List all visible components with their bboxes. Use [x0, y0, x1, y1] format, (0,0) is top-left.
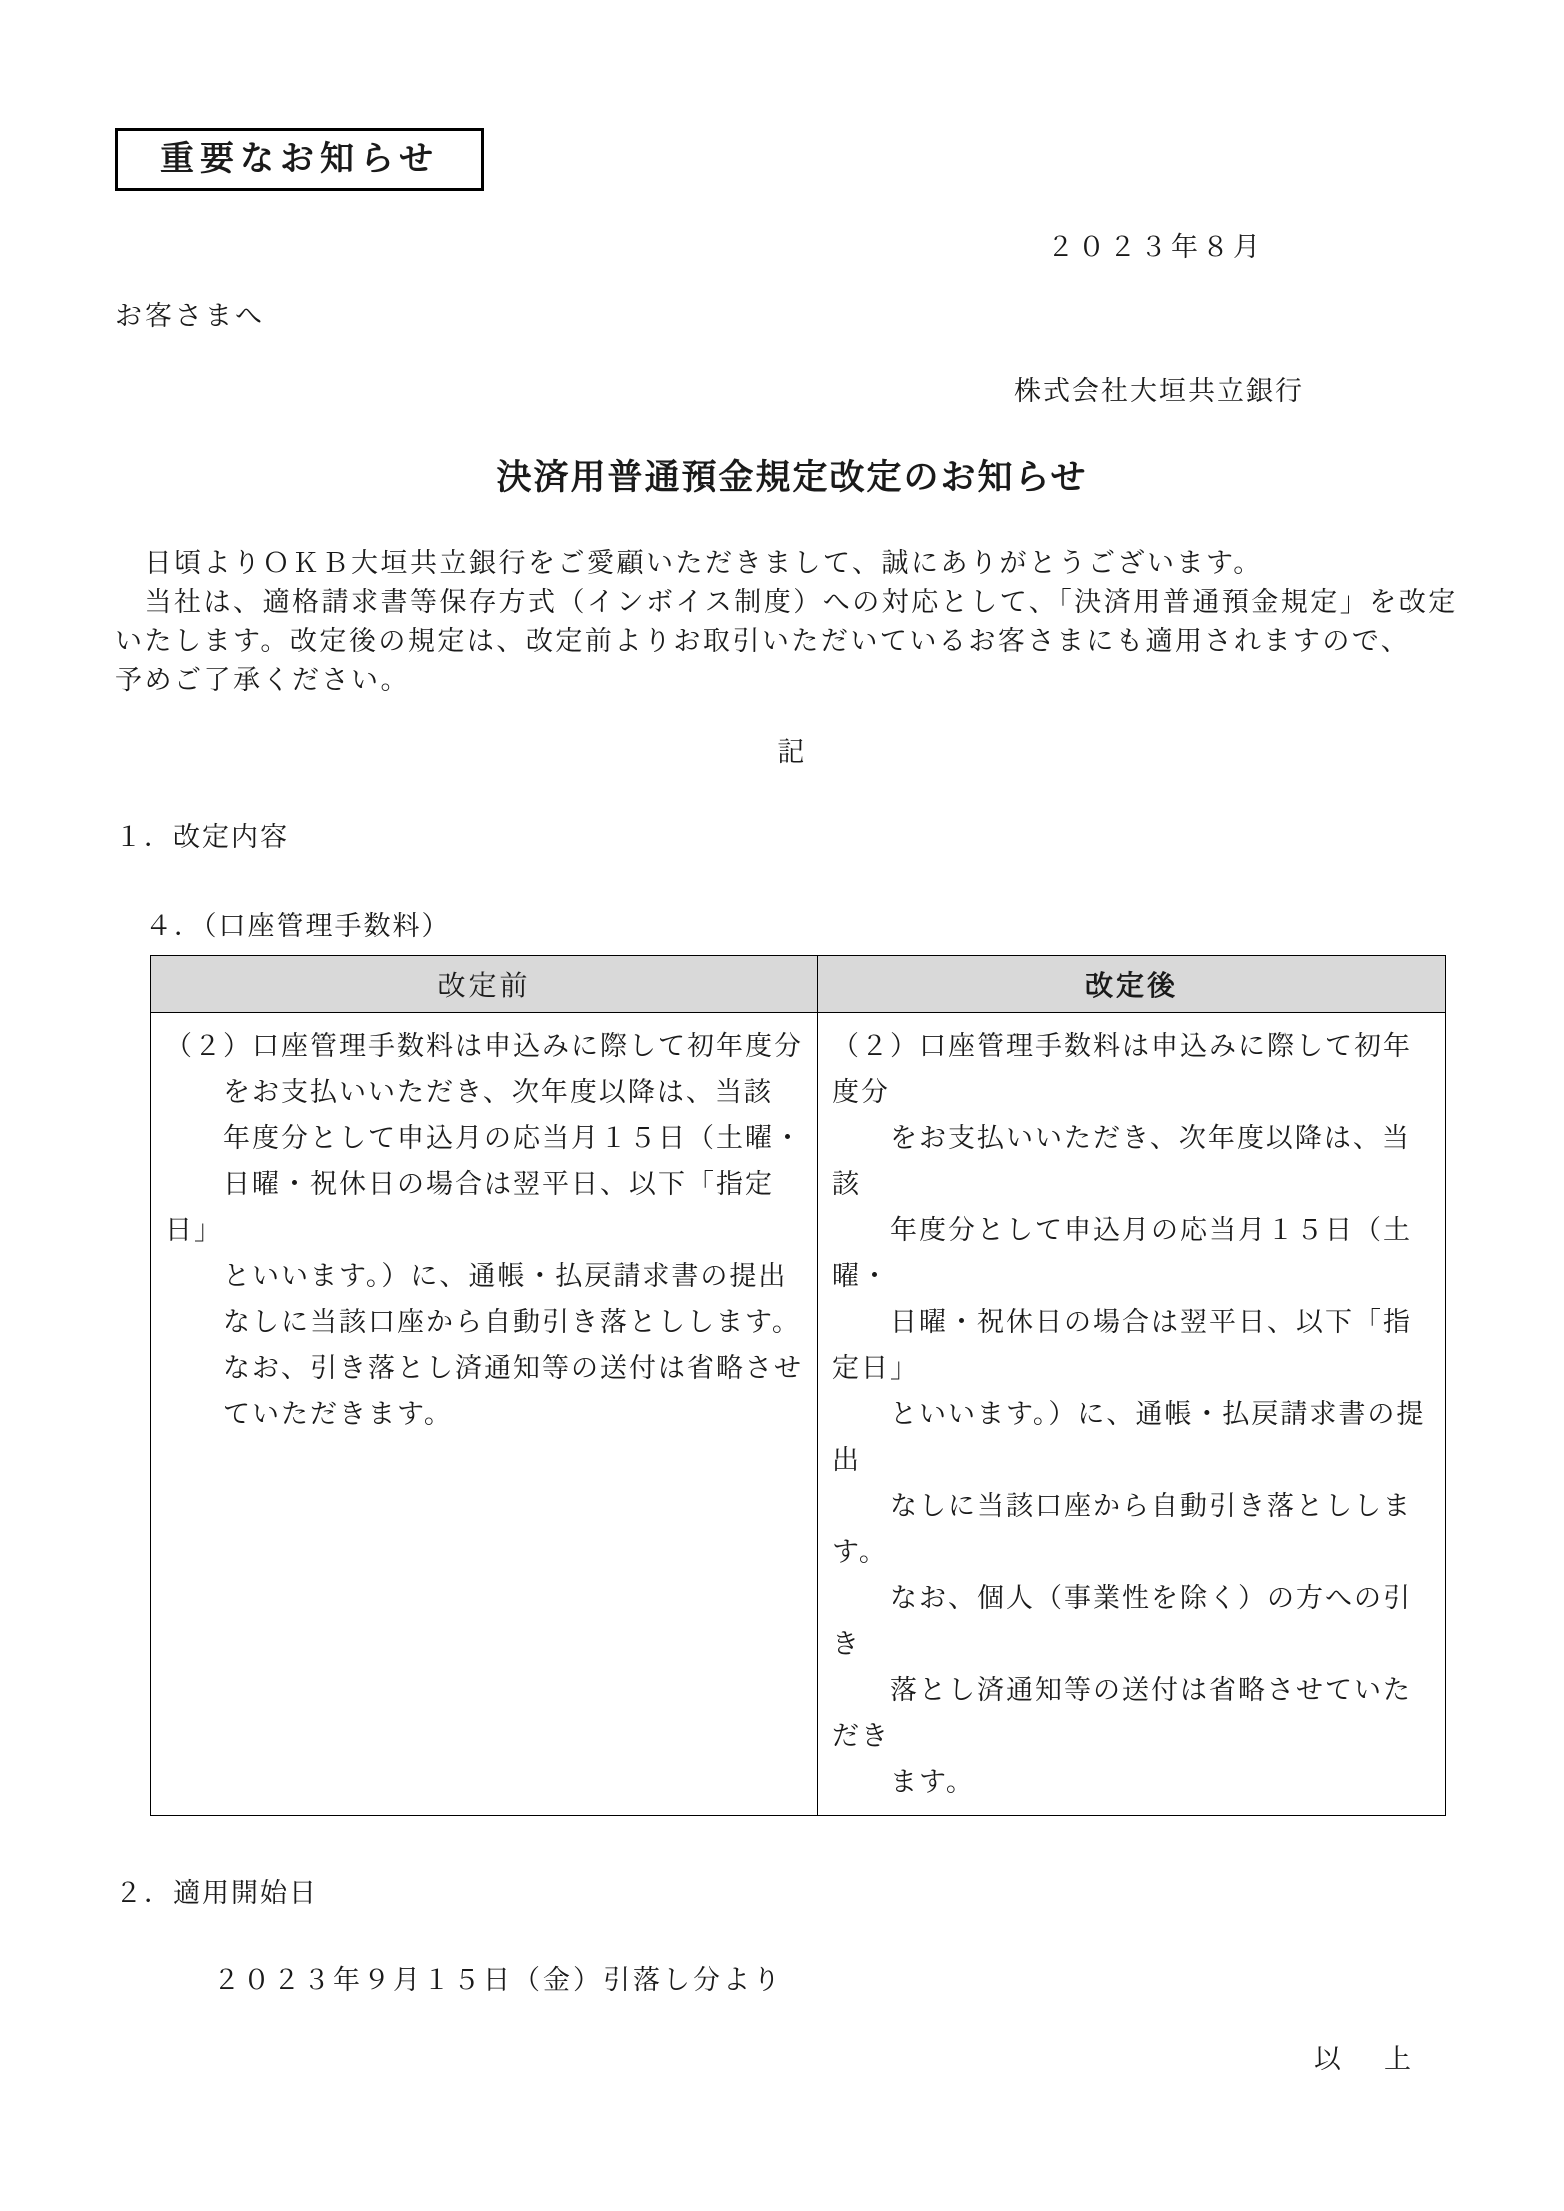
- ki-marker: 記: [115, 730, 1469, 769]
- table-cell-before-revision: （２）口座管理手数料は申込みに際して初年度分 をお支払いいただき、次年度以降は、…: [151, 1013, 818, 1816]
- effective-date: ２０２３年９月１５日（金）引落し分より: [213, 1958, 1469, 1997]
- section-1-heading: １．改定内容: [115, 815, 1469, 854]
- recipient-line: お客さまへ: [115, 294, 1469, 333]
- section-2-heading: ２．適用開始日: [115, 1871, 1469, 1910]
- closing-marker: 以 上: [115, 2037, 1469, 2076]
- table-body-row: （２）口座管理手数料は申込みに際して初年度分 をお支払いいただき、次年度以降は、…: [151, 1013, 1446, 1816]
- table-header-before: 改定前: [151, 956, 818, 1013]
- important-notice-badge-label: 重要なお知らせ: [160, 140, 439, 178]
- company-name: 株式会社大垣共立銀行: [115, 369, 1469, 408]
- notice-page: 重要なお知らせ ２０２３年８月 お客さまへ 株式会社大垣共立銀行 決済用普通預金…: [0, 0, 1564, 2211]
- important-notice-badge: 重要なお知らせ: [115, 128, 484, 191]
- table-cell-after-revision: （２）口座管理手数料は申込みに際して初年度分 をお支払いいただき、次年度以降は、…: [818, 1013, 1446, 1816]
- issue-date: ２０２３年８月: [115, 225, 1469, 264]
- document-title: 決済用普通預金規定改定のお知らせ: [115, 450, 1469, 500]
- table-header-row: 改定前 改定後: [151, 956, 1446, 1013]
- table-header-after: 改定後: [818, 956, 1446, 1013]
- revision-comparison-table: 改定前 改定後 （２）口座管理手数料は申込みに際して初年度分 をお支払いいただき…: [150, 955, 1446, 1816]
- body-paragraph: 日頃よりＯＫＢ大垣共立銀行をご愛顧いただきまして、誠にありがとうございます。 当…: [115, 544, 1469, 700]
- subsection-4-heading: ４．（口座管理手数料）: [145, 904, 1469, 943]
